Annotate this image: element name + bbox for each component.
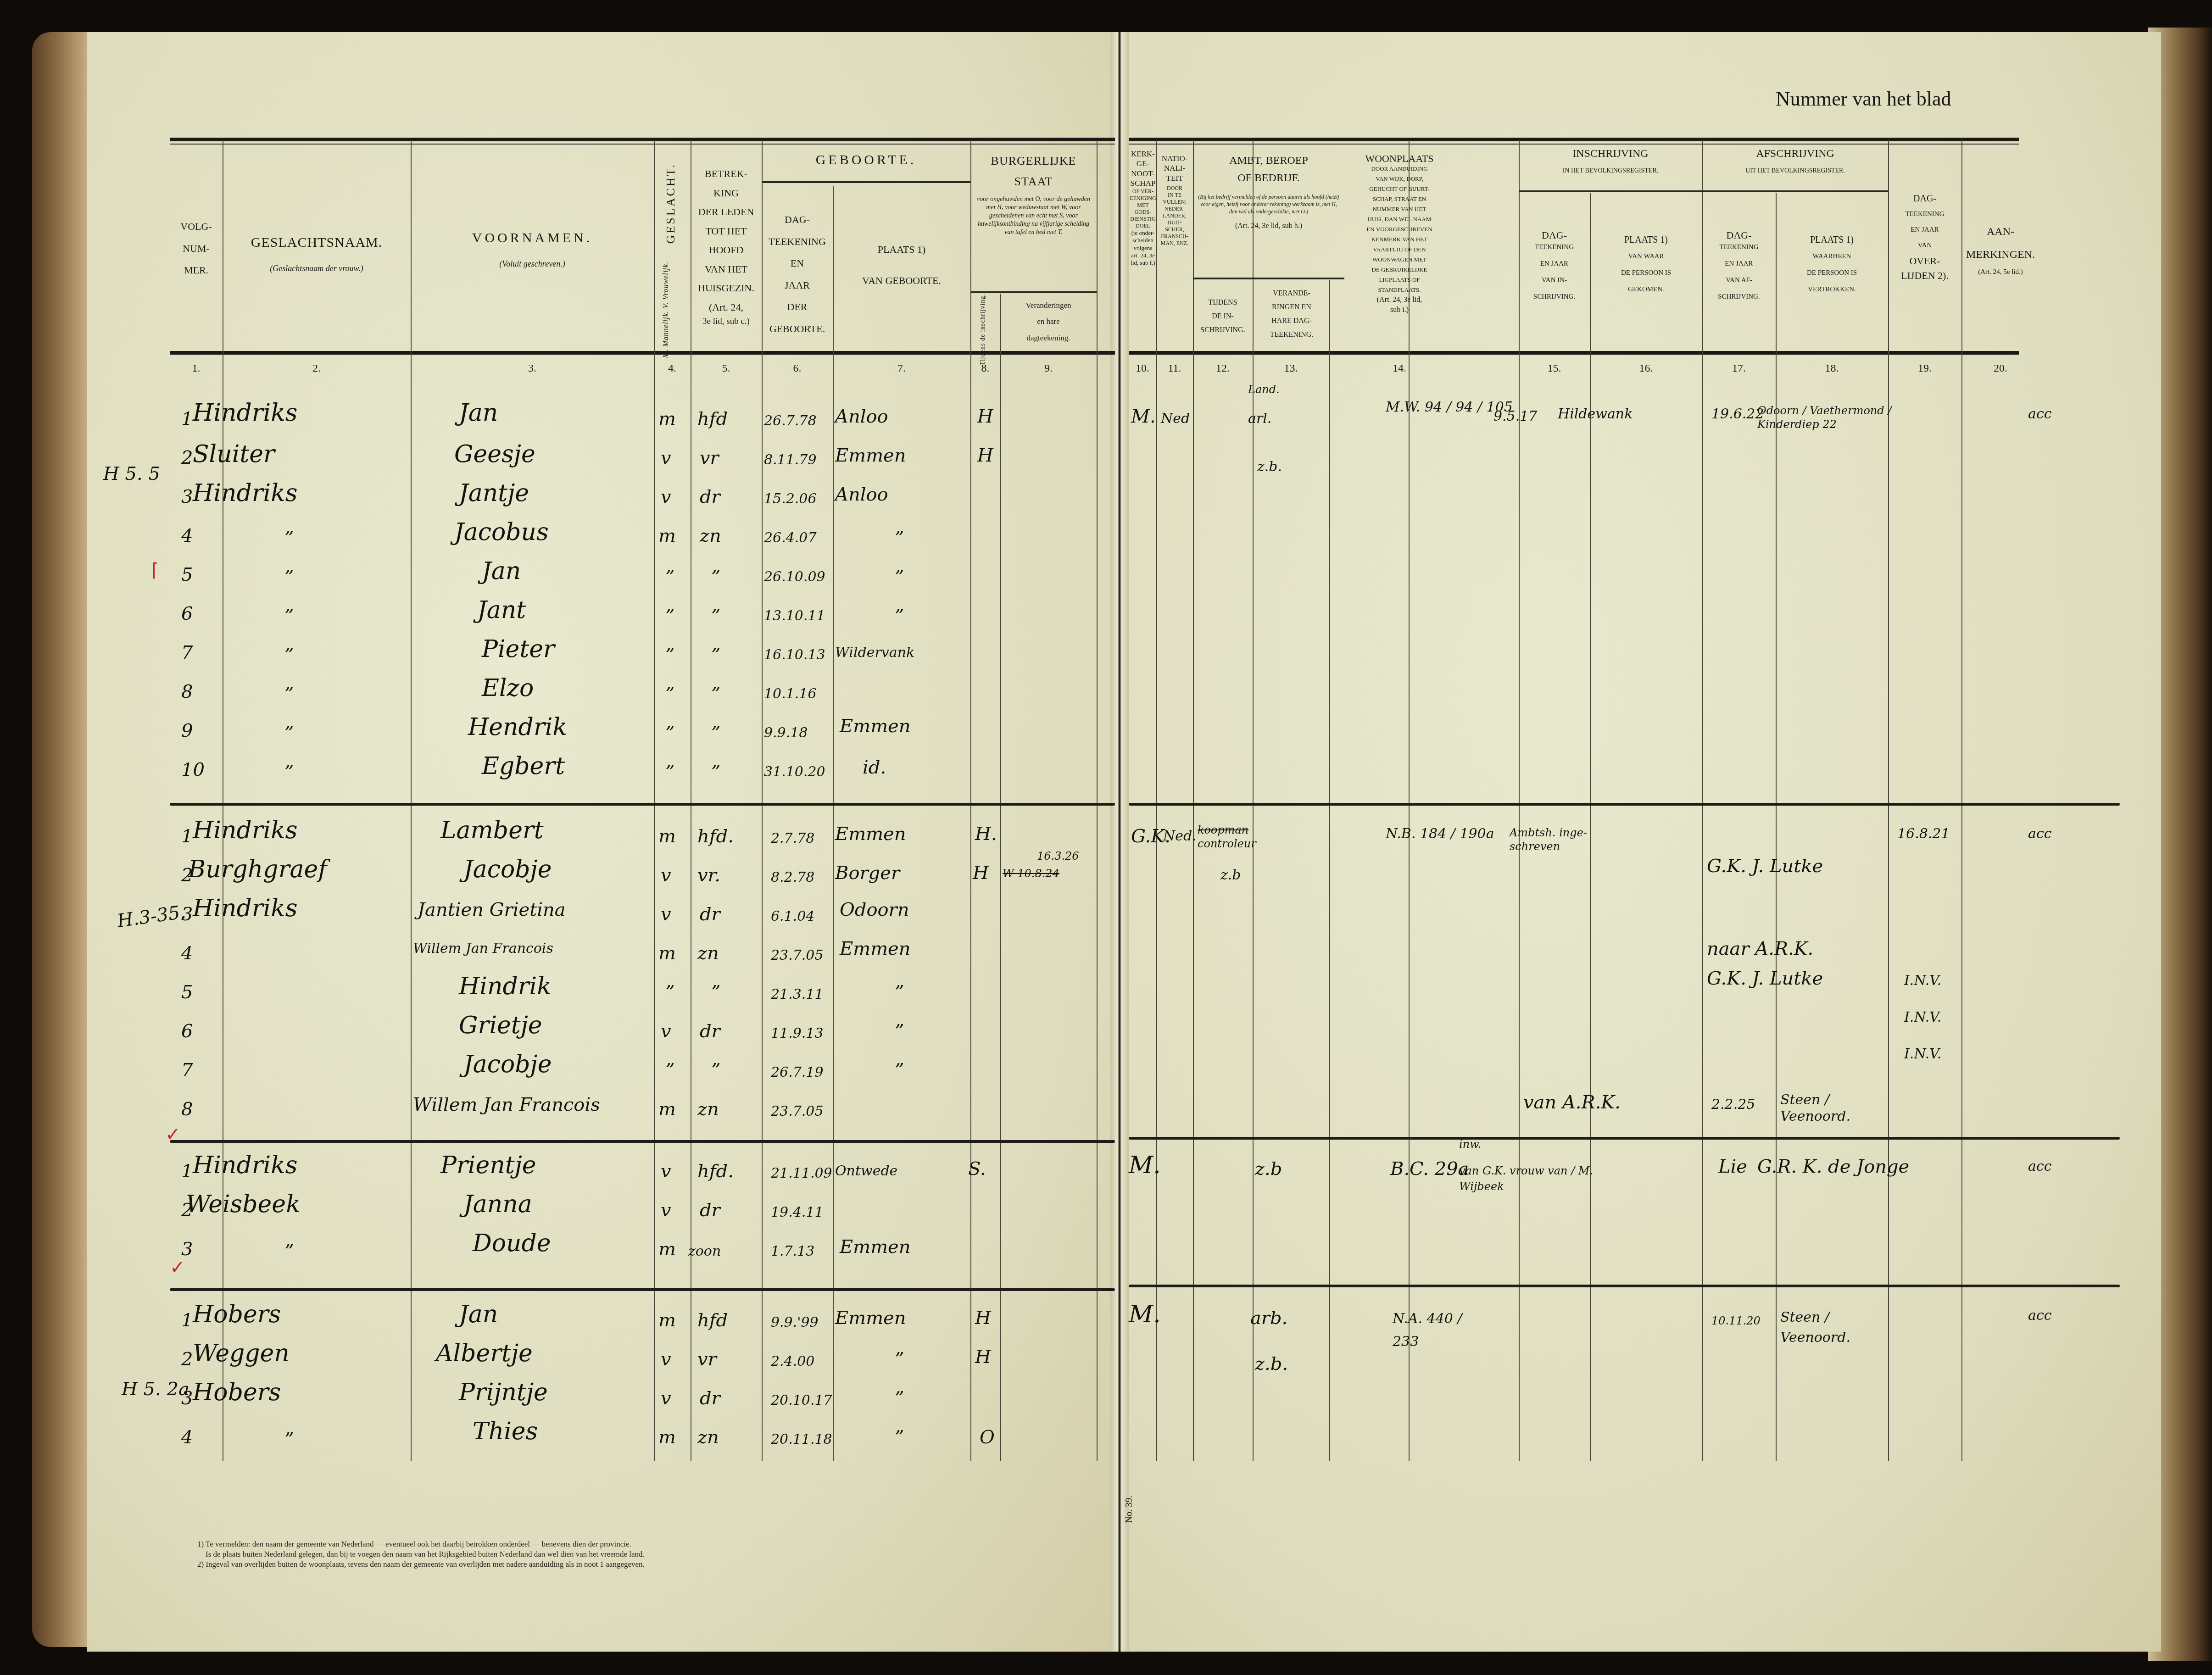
birth-place: Anloo <box>835 484 888 505</box>
given-name: Willem Jan Francois <box>413 1094 600 1115</box>
header-group-afschrijving: AFSCHRIJVING UIT HET BEVOLKINGSREGISTER. <box>1702 147 1888 175</box>
row-number: 4 <box>181 1427 193 1448</box>
sex: m <box>658 826 676 847</box>
given-name: Pieter <box>482 635 555 663</box>
occupation: z.b. <box>1255 1353 1288 1375</box>
row-number: 1 <box>181 408 193 429</box>
header-text: MER. <box>170 264 223 277</box>
column-number: 11. <box>1156 362 1193 375</box>
birth-place: ” <box>895 606 904 627</box>
header-text: MERKINGEN. <box>1961 248 2039 262</box>
row-number: 6 <box>181 603 193 624</box>
header-group-geboorte: GEBOORTE. <box>762 151 970 169</box>
header-text: OF BEDRIJF. <box>1193 171 1344 185</box>
civil-status: H. <box>975 824 997 845</box>
civil-status: H <box>977 406 993 427</box>
col-divider <box>1000 294 1001 1461</box>
header-text: (Art. 24, 3e lid, <box>1344 295 1454 305</box>
col-divider <box>1888 140 1889 1461</box>
header-text: 3e lid, sub c.) <box>691 316 762 327</box>
sub-rule <box>1193 278 1344 279</box>
col-divider <box>411 140 412 1461</box>
column-number: 7. <box>833 362 970 375</box>
header-text: TIJDENS <box>1193 298 1253 307</box>
header-text: TEEKENING. <box>1253 330 1331 339</box>
row-number: 5 <box>181 564 193 585</box>
header-text: DIENSTIG <box>1129 216 1157 223</box>
birth-place: ” <box>895 1427 904 1448</box>
header-text: KING <box>691 187 762 200</box>
header-text: DUIT- <box>1156 219 1193 226</box>
header-text: TEEKENING <box>1702 241 1776 253</box>
header-text: VERANDE- <box>1253 289 1331 298</box>
header-text: KERK- <box>1129 149 1157 159</box>
relation: vr <box>700 447 719 468</box>
occupation: z.b <box>1220 867 1241 883</box>
header-text: NALI- <box>1156 163 1193 173</box>
row-number: 2 <box>181 447 193 468</box>
header-text: DER <box>762 300 833 313</box>
birth-date: 26.10.09 <box>764 569 825 585</box>
given-name: Doude <box>473 1230 551 1257</box>
col-divider <box>1776 193 1777 1461</box>
header-col-12: TIJDENS DE IN- SCHRIJVING. <box>1193 298 1253 335</box>
birth-date: 21.11.09 <box>771 1165 832 1181</box>
header-text: DAG- <box>1702 229 1776 241</box>
header-text: PLAATS 1) <box>833 243 970 256</box>
header-text: VAN IN- <box>1519 274 1590 286</box>
header-text: VOORNAMEN. <box>411 229 654 247</box>
household-separator <box>170 803 1115 806</box>
footnote: 2) Ingeval van overlijden buiten de woon… <box>197 1559 645 1569</box>
header-text: VULLEN: <box>1156 199 1193 206</box>
departure-date: 19.6.22 <box>1711 406 1764 422</box>
civil-status-change: 16.3.26 <box>1037 850 1079 863</box>
book-gutter <box>1110 32 1129 1652</box>
birth-place: ” <box>895 528 904 549</box>
birth-date: 6.1.04 <box>771 908 814 924</box>
given-name: Jacobje <box>463 856 552 883</box>
row-number: 4 <box>181 525 193 546</box>
red-check-icon: ⌈ <box>151 560 159 581</box>
row-number: 10 <box>181 759 205 780</box>
birth-date: 8.2.78 <box>771 869 814 885</box>
sex: ” <box>665 723 674 744</box>
header-col-20: AAN- MERKINGEN. (Art. 24, 5e lid.) <box>1961 225 2039 277</box>
household-separator <box>170 1288 1115 1291</box>
remarks: acc <box>2028 826 2052 842</box>
column-number: 19. <box>1888 362 1961 375</box>
given-name: Jant <box>477 596 526 624</box>
header-text: LIJDEN 2). <box>1888 270 1961 282</box>
registration-origin: van A.R.K. <box>1523 1092 1621 1113</box>
relation: ” <box>711 684 720 705</box>
header-text: GE- <box>1129 159 1157 168</box>
header-col-4-note: M. Mannelijk. V. Vrouwelijk. <box>662 262 670 358</box>
top-thin-rule-left <box>170 144 1115 145</box>
sub-rule <box>762 181 970 183</box>
column-number: 5. <box>691 362 762 375</box>
header-text: TEIT <box>1156 173 1193 183</box>
header-col-18: PLAATS 1) WAARHEEN DE PERSOON IS VERTROK… <box>1776 234 1888 295</box>
column-number: 1. <box>170 362 223 375</box>
occupation: arb. <box>1250 1308 1287 1329</box>
header-bottom-rule-right <box>1129 351 2019 355</box>
column-number: 3. <box>411 362 654 375</box>
birth-place: Emmen <box>835 445 906 466</box>
birth-date: 15.2.06 <box>764 491 817 507</box>
header-text: IN HET BEVOLKINGSREGISTER. <box>1519 167 1702 175</box>
form-number: No. 39. <box>1124 1496 1135 1523</box>
header-text: DOEL <box>1129 223 1157 229</box>
header-text: WOONPLAATS <box>1344 154 1454 164</box>
death-note: I.N.V. <box>1904 973 1941 989</box>
sex: m <box>658 1310 676 1331</box>
birth-place: Borger <box>835 863 900 884</box>
given-name: Jantje <box>459 479 529 507</box>
religion: M. <box>1129 1152 1161 1179</box>
given-name: Prijntje <box>459 1379 548 1406</box>
header-text: HUIS, DAN WEL NAAM <box>1344 214 1454 224</box>
birth-place: ” <box>895 1388 904 1409</box>
departure-destination: G.K. J. Lutke <box>1707 968 1823 989</box>
birth-date: 2.4.00 <box>771 1353 814 1369</box>
surname: Hindriks <box>193 895 297 922</box>
header-text: BURGERLIJKE <box>970 154 1097 169</box>
header-col-10: KERK- GE- NOOT- SCHAP OF VER- EENIGING M… <box>1129 149 1157 267</box>
header-col-11: NATIO- NALI- TEIT DOOR IN TE VULLEN: NED… <box>1156 154 1193 247</box>
surname: Hindriks <box>193 817 297 844</box>
sex: ” <box>665 684 674 705</box>
header-text: NUMMER VAN HET <box>1344 204 1454 214</box>
given-name: Hendrik <box>468 713 567 741</box>
col-divider <box>1097 140 1098 1461</box>
header-text: SCHRIJVING. <box>1193 326 1253 335</box>
header-text: DE PERSOON IS <box>1590 267 1702 279</box>
header-text: TEEKENING <box>762 235 833 248</box>
given-name: Jan <box>482 557 521 585</box>
header-text: HARE DAG- <box>1253 317 1331 326</box>
sex: ” <box>665 982 674 1003</box>
given-name: Jan <box>459 1301 498 1328</box>
nationality: Ned. <box>1163 828 1197 844</box>
nationality: Ned <box>1161 411 1190 427</box>
header-col-16: PLAATS 1) VAN WAAR DE PERSOON IS GEKOMEN… <box>1590 234 1702 295</box>
household-separator <box>1129 803 2120 806</box>
relation: zn <box>697 1427 719 1448</box>
col-divider <box>1702 140 1703 1461</box>
header-text: VAN WAAR <box>1590 250 1702 262</box>
header-text: VAN GEBOORTE. <box>833 274 970 287</box>
sex: m <box>658 525 676 546</box>
header-text: GEKOMEN. <box>1590 284 1702 295</box>
header-text: DOOR AANDUIDING <box>1344 164 1454 174</box>
surname: Hobers <box>193 1379 281 1406</box>
address: N.A. 440 / 233 <box>1393 1308 1466 1353</box>
sex: v <box>661 1349 671 1370</box>
row-number: 1 <box>181 826 193 847</box>
header-text: UIT HET BEVOLKINGSREGISTER. <box>1702 167 1888 175</box>
column-number: 14. <box>1344 362 1454 375</box>
header-text: FRANSCH- <box>1156 233 1193 240</box>
birth-date: 26.4.07 <box>764 530 817 546</box>
civil-status: H <box>973 863 989 884</box>
birth-place: Emmen <box>835 1308 906 1329</box>
row-number: 1 <box>181 1161 193 1182</box>
header-text: SCHAP, STRAAT EN <box>1344 194 1454 204</box>
relation: zn <box>697 943 719 964</box>
header-text: VAN AF- <box>1702 274 1776 286</box>
header-text: EENIGING <box>1129 195 1157 202</box>
header-text: LANDER, <box>1156 212 1193 219</box>
relation: hfd <box>697 1310 728 1331</box>
address: B.C. 29a <box>1390 1158 1469 1180</box>
header-text: DOOR <box>1156 185 1193 192</box>
sex: v <box>661 865 671 886</box>
column-number: 16. <box>1590 362 1702 375</box>
header-text: TEEKENING <box>1888 208 1961 220</box>
header-text: PLAATS 1) <box>1776 234 1888 246</box>
col-divider <box>1409 140 1410 1461</box>
departure-destination: G.K. J. Lutke <box>1707 856 1823 877</box>
sex: m <box>658 1427 676 1448</box>
birth-place: Odoorn <box>840 899 909 920</box>
relation: ” <box>711 723 720 744</box>
header-text: NUM- <box>170 242 223 255</box>
departure-destination: G.R. K. de Jonge <box>1757 1156 1909 1177</box>
header-text: AMBT, BEROEP <box>1193 154 1344 167</box>
sex: ” <box>665 606 674 627</box>
relation: dr <box>700 904 720 925</box>
top-rule-right <box>1129 138 2019 141</box>
header-text: BETREK- <box>691 167 762 180</box>
row-number: 6 <box>181 1021 193 1042</box>
birth-date: 1.7.13 <box>771 1243 814 1259</box>
surname: ” <box>284 762 294 783</box>
birth-date: 9.9.18 <box>764 725 808 741</box>
header-col-5: BETREK- KING DER LEDEN TOT HET HOOFD VAN… <box>691 167 762 327</box>
civil-status: H <box>975 1347 991 1368</box>
relation: ” <box>711 762 720 783</box>
row-number: 7 <box>181 642 193 663</box>
row-number: 2 <box>181 1349 193 1370</box>
birth-date: 10.1.16 <box>764 686 817 702</box>
sex: ” <box>665 567 674 588</box>
surname: ” <box>284 528 294 549</box>
header-text: LIGPLAATS OF <box>1344 275 1454 285</box>
header-text: DAG- <box>1519 229 1590 241</box>
header-text: INSCHRIJVING <box>1519 147 1702 161</box>
row-number: 8 <box>181 681 193 702</box>
header-col-3: VOORNAMEN. (Voluit geschreven.) <box>411 229 654 269</box>
surname: ” <box>284 684 294 705</box>
given-name: Elzo <box>482 674 534 702</box>
header-text: Veranderingen <box>1000 300 1097 310</box>
birth-place: Emmen <box>840 938 911 959</box>
civil-status: S. <box>968 1158 986 1180</box>
sub-rule <box>1702 190 1888 192</box>
header-text: TEEKENING <box>1519 241 1590 253</box>
surname: Hindriks <box>193 1152 297 1179</box>
header-col-6: DAG- TEEKENING EN JAAR DER GEBOORTE. <box>762 213 833 335</box>
column-number: 20. <box>1961 362 2039 375</box>
surname: ” <box>284 645 294 666</box>
top-thin-rule-right <box>1129 144 2019 145</box>
birth-date: 16.10.13 <box>764 647 825 663</box>
surname: Sluiter <box>193 440 275 468</box>
surname: Hobers <box>193 1301 281 1328</box>
departure-destination: Odoorn / Vaethermond / Kinderdiep 22 <box>1757 404 1904 431</box>
header-text: volgens <box>1129 245 1157 252</box>
occupation: arl. <box>1248 411 1271 427</box>
header-text: EN JAAR <box>1519 258 1590 270</box>
header-text: SCHRIJVING. <box>1702 291 1776 303</box>
departure-date: 10.11.20 <box>1711 1314 1761 1327</box>
relation: zn <box>700 525 721 546</box>
civil-status-change-struck: W 10.8.24 <box>1003 867 1059 880</box>
header-text: lid, sub f.) <box>1129 259 1157 267</box>
header-text: EN <box>762 257 833 270</box>
civil-status: H <box>975 1308 991 1329</box>
occupation: controleur <box>1198 837 1256 850</box>
row-number: 3 <box>181 904 193 925</box>
header-text: GESLACHTSNAAM. <box>223 234 411 251</box>
header-col-2: GESLACHTSNAAM. (Geslachtsnaam der vrouw.… <box>223 234 411 273</box>
header-text: EN JAAR <box>1888 224 1961 236</box>
header-text: MAN, ENZ. <box>1156 240 1193 247</box>
relation: hfd. <box>697 826 734 847</box>
relation: ” <box>711 606 720 627</box>
registration-origin: van G.K. vrouw van / M. Wijbeek <box>1459 1163 1606 1194</box>
header-text: DER LEDEN <box>691 206 762 218</box>
birth-place: ” <box>895 982 904 1003</box>
relation: hfd <box>697 408 728 429</box>
sex: v <box>661 1200 671 1221</box>
column-number: 13. <box>1253 362 1329 375</box>
surname: ” <box>284 1241 294 1262</box>
given-name: Jacobje <box>463 1051 552 1078</box>
birth-date: 26.7.78 <box>764 413 817 429</box>
column-number: 17. <box>1702 362 1776 375</box>
header-text: NEDER- <box>1156 206 1193 212</box>
header-text: GEBOORTE. <box>762 323 833 335</box>
sex: m <box>658 943 676 964</box>
header-col-14: WOONPLAATS DOOR AANDUIDING VAN WIJK, DOR… <box>1344 154 1454 315</box>
registration-origin: Ambtsh. inge-schreven <box>1510 826 1601 853</box>
civil-status: O <box>980 1427 995 1448</box>
given-name: Jan <box>459 399 498 427</box>
remarks: acc <box>2028 1308 2052 1324</box>
birth-date: 13.10.11 <box>764 608 825 624</box>
red-check-icon: ✓ <box>165 1124 181 1145</box>
relation: dr <box>700 1200 720 1221</box>
header-group-inschrijving: INSCHRIJVING IN HET BEVOLKINGSREGISTER. <box>1519 147 1702 175</box>
column-number: 12. <box>1193 362 1253 375</box>
header-text: VAN WIJK, DORP, <box>1344 174 1454 184</box>
birth-date: 8.11.79 <box>764 452 817 468</box>
header-text: WOONWAGEN MET <box>1344 255 1454 265</box>
death-note: I.N.V. <box>1904 1046 1941 1062</box>
relation: ” <box>711 982 720 1003</box>
footnotes: 1) Te vermelden: den naam der gemeente v… <box>197 1539 645 1569</box>
household-separator <box>170 1140 1115 1143</box>
header-text: MET GODS- <box>1129 202 1157 216</box>
header-text: AFSCHRIJVING <box>1702 147 1888 161</box>
sex: v <box>661 904 671 925</box>
header-text: GEBOORTE. <box>762 151 970 169</box>
registration-date: 9.5.17 <box>1493 408 1537 424</box>
given-name: Hindrik <box>459 973 552 1000</box>
col-divider <box>1519 140 1520 1461</box>
col-divider <box>1193 140 1194 1461</box>
registration-origin: Hildewank <box>1558 406 1633 422</box>
header-text: dagteekening. <box>1000 333 1097 343</box>
header-note: (Geslachtsnaam der vrouw.) <box>223 263 411 274</box>
religion: M. <box>1129 1301 1161 1328</box>
header-col-19: DAG- TEEKENING EN JAAR VAN OVER- LIJDEN … <box>1888 193 1961 282</box>
relation: dr <box>700 1388 720 1409</box>
address: N.B. 184 / 190a <box>1386 826 1494 842</box>
birth-place: ” <box>895 1349 904 1370</box>
header-text: NOOT- <box>1129 169 1157 178</box>
header-text: OVER- <box>1888 255 1961 267</box>
birth-place: Wildervank <box>835 645 914 661</box>
header-text: DE IN- <box>1193 312 1253 321</box>
sex: ” <box>665 762 674 783</box>
birth-date: 31.10.20 <box>764 764 825 780</box>
birth-place: ” <box>895 567 904 588</box>
sheet-number-label: Nummer van het blad <box>1776 87 1951 111</box>
surname: Hindriks <box>193 479 297 507</box>
header-col-4: GESLACHT. <box>664 163 678 244</box>
col-divider <box>762 140 763 1461</box>
given-name: Jantien Grietina <box>418 899 566 920</box>
given-name: Egbert <box>482 752 565 780</box>
header-col-1: VOLG- NUM- MER. <box>170 220 223 277</box>
col-divider <box>691 140 691 1461</box>
departure-date: Lie <box>1718 1156 1747 1177</box>
surname: ” <box>284 567 294 588</box>
footnote: Is de plaats buiten Nederland gelegen, d… <box>197 1549 645 1559</box>
col-divider <box>1961 140 1962 1461</box>
birth-place: Emmen <box>840 1236 911 1258</box>
header-text: scheiden <box>1129 237 1157 244</box>
surname: Weggen <box>193 1340 290 1367</box>
register-book: Nummer van het blad VOLG- NUM- MER. GESL… <box>0 0 2212 1675</box>
occupation-struck: koopman <box>1198 824 1248 836</box>
header-text: KENMERK VAN HET <box>1344 234 1454 245</box>
header-text: RINGEN EN <box>1253 303 1331 312</box>
header-text: IN TE <box>1156 192 1193 199</box>
header-text: STANDPLAATS. <box>1344 285 1454 295</box>
household-separator <box>1129 1285 2120 1287</box>
header-text: DE GEBRUIKELIJKE <box>1344 265 1454 275</box>
header-text: VAN <box>1888 239 1961 251</box>
given-name: Grietje <box>459 1012 542 1039</box>
header-text: EN JAAR <box>1702 258 1776 270</box>
row-number: 3 <box>181 1239 193 1260</box>
column-number: 15. <box>1519 362 1590 375</box>
sub-rule <box>970 291 1097 293</box>
death-date: 16.8.21 <box>1897 826 1950 842</box>
occupation: z.b <box>1255 1158 1282 1180</box>
birth-date: 21.3.11 <box>771 986 824 1002</box>
birth-date: 26.7.19 <box>771 1064 824 1080</box>
header-col-9: Veranderingen en hare dagteekening. <box>1000 300 1097 343</box>
birth-place: ” <box>895 1021 904 1042</box>
relation: dr <box>700 486 720 507</box>
header-text: VAARTUIG OF DEN <box>1344 245 1454 255</box>
